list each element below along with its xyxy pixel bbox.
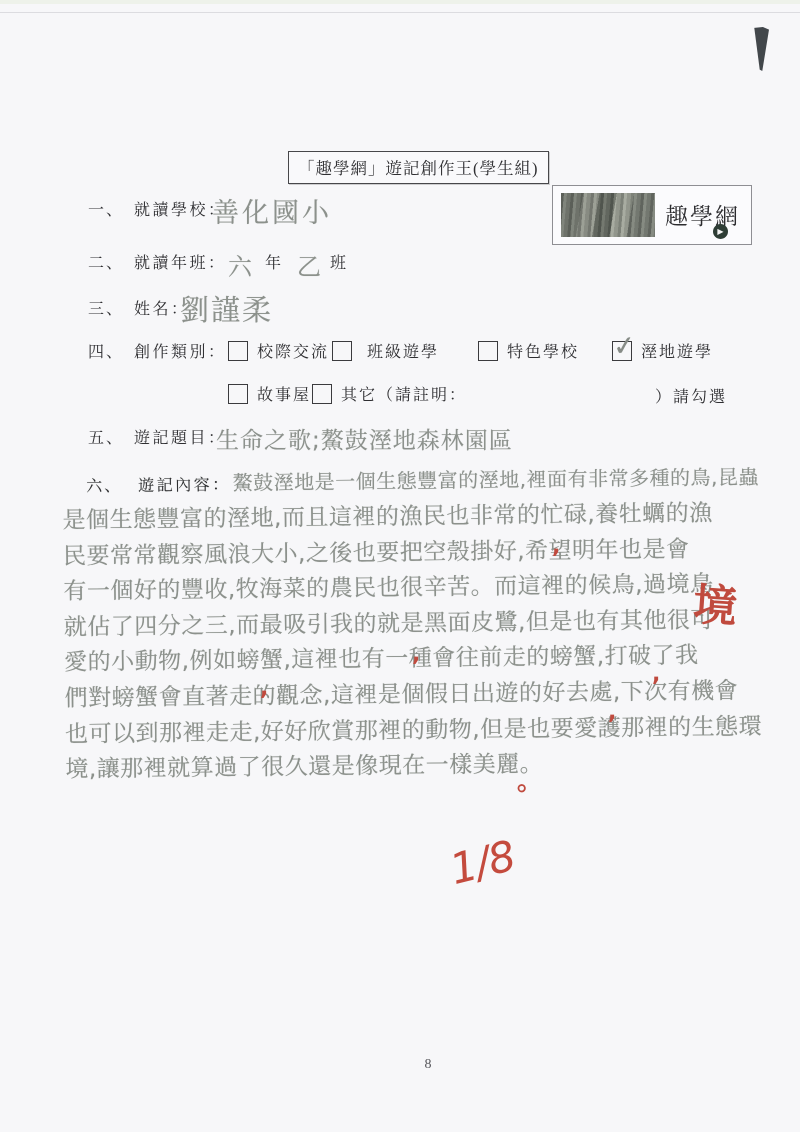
essay-line-text: 就佔了四分之三,而最吸引我的就是黑面皮鷺,但是也有其他很可 — [64, 607, 714, 640]
field-trip-title-ordinal: 五、 — [88, 425, 124, 448]
category-option-class-trip: 班級遊學 — [332, 339, 439, 363]
site-logo: 趣學網 ▶ — [552, 185, 752, 245]
field-content-label: 遊記內容： — [138, 477, 231, 495]
scanned-page: 「趣學網」遊記創作王(學生組) 趣學網 ▶ 一、 就讀學校： 善化國小 二、 就… — [0, 0, 800, 1132]
checkmark: ✓ — [611, 329, 637, 362]
checkbox-other — [312, 384, 332, 404]
essay-line-text: 境,讓那裡就算過了很久還是像現在一樣美麗。 — [65, 751, 543, 782]
checkbox-special-school — [478, 341, 498, 361]
essay-line-text: 鰲鼓溼地是一個生態豐富的溼地,裡面有非常多種的鳥,昆蟲 — [233, 465, 759, 495]
field-school-value: 善化國小 — [212, 191, 332, 230]
essay-line-text: 是個生態豐富的溼地,而且這裡的漁民也非常的忙碌,養牡蠣的漁 — [62, 500, 712, 533]
teacher-correction-comma: , — [552, 534, 560, 559]
page-number: 8 — [378, 1057, 478, 1073]
category-option-special-school: 特色學校 — [478, 339, 579, 363]
essay-line-text: 們對螃蟹會直著走的觀念,這裡是個假日出遊的好去處,下次有機會 — [64, 678, 738, 712]
grade-year-value: 六 — [228, 247, 252, 282]
field-school-ordinal: 一、 — [88, 197, 124, 220]
field-grade-label: 就讀年班： — [134, 250, 227, 273]
essay: 六、遊記內容：鰲鼓溼地是一個生態豐富的溼地,裡面有非常多種的鳥,昆蟲 是個生態豐… — [0, 459, 800, 789]
essay-line-text: 也可以到那裡走走,好好欣賞那裡的動物,但是也要愛護那裡的生態環 — [65, 713, 762, 747]
field-category-label: 創作類別： — [134, 339, 227, 362]
scan-edge-strip — [0, 0, 800, 4]
category-option-story-house: 故事屋 — [228, 382, 311, 406]
category-row2-suffix: ）請勾選 — [655, 384, 727, 407]
essay-line-text: 民要常常觀察風浪大小,之後也要把空殼掛好,希望明年也是會 — [63, 536, 690, 569]
teacher-correction-comma: , — [652, 662, 660, 687]
checkbox-wetland-trip-label: 溼地遊學 — [641, 344, 713, 361]
teacher-correction-char: 境 — [692, 584, 739, 631]
scan-fold-line — [0, 12, 800, 13]
field-name-value: 劉謹柔 — [180, 288, 273, 329]
checkbox-class-trip-label: 班級遊學 — [367, 344, 439, 361]
play-icon: ▶ — [713, 224, 728, 239]
form-title-text: 「趣學網」遊記創作王(學生組) — [298, 159, 539, 178]
grade-class-unit: 班 — [330, 250, 346, 273]
checkbox-special-school-label: 特色學校 — [507, 344, 579, 361]
essay-line-text: 有一個好的豐收,牧海菜的農民也很辛苦。而這裡的候鳥,過境鳥 — [63, 572, 713, 605]
category-option-other: 其它（請註明： — [312, 382, 467, 406]
checkbox-story-house-label: 故事屋 — [257, 387, 311, 404]
grade-class-value: 乙 — [297, 247, 321, 282]
grade-year-unit: 年 — [265, 250, 281, 273]
field-category-ordinal: 四、 — [88, 339, 124, 362]
scan-corner-artifact — [753, 27, 769, 71]
teacher-correction-comma: , — [608, 700, 616, 725]
category-option-wetland-trip: ✓ 溼地遊學 — [612, 339, 713, 363]
teacher-correction-period: 。 — [514, 759, 544, 799]
checkbox-other-label: 其它（請註明： — [341, 387, 467, 404]
logo-site-name: 趣學網 — [665, 198, 740, 231]
field-trip-title-value: 生命之歌;鰲鼓溼地森林園區 — [216, 422, 513, 455]
teacher-correction-comma: , — [412, 642, 420, 667]
checkbox-class-trip — [332, 341, 352, 361]
essay-line-text: 愛的小動物,例如螃蟹,這裡也有一種會往前走的螃蟹,打破了我 — [64, 643, 699, 676]
field-content-ordinal: 六、 — [86, 478, 122, 495]
checkbox-story-house — [228, 384, 248, 404]
field-trip-title-label: 遊記題目： — [134, 425, 227, 448]
checkbox-wetland-trip: ✓ — [612, 341, 632, 361]
teacher-score: 1/8 — [445, 831, 520, 894]
logo-photo — [561, 193, 655, 237]
form-title: 「趣學網」遊記創作王(學生組) — [288, 151, 549, 184]
checkbox-school-exchange — [228, 341, 248, 361]
checkbox-school-exchange-label: 校際交流 — [257, 344, 329, 361]
field-name-ordinal: 三、 — [88, 296, 124, 319]
field-grade-ordinal: 二、 — [88, 250, 124, 273]
category-option-school-exchange: 校際交流 — [228, 339, 329, 363]
teacher-correction-comma: , — [260, 676, 268, 701]
